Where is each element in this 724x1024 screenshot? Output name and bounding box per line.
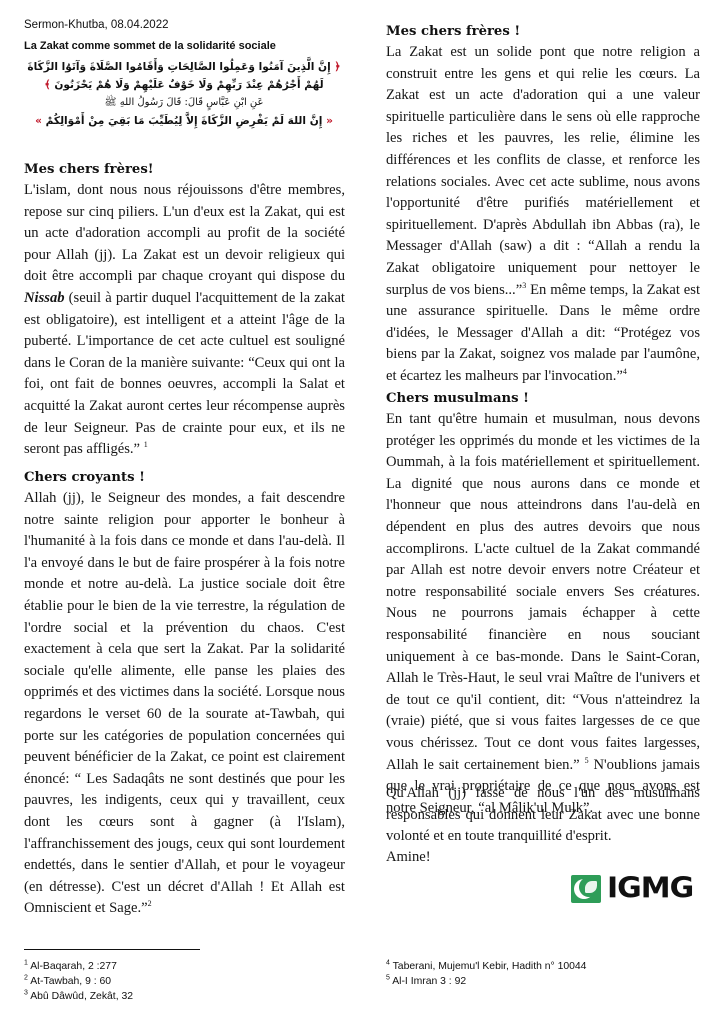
- section-paragraph: Allah (jj), le Seigneur des mondes, a fa…: [24, 488, 345, 920]
- section-paragraph: La Zakat est un solide pont que notre re…: [386, 42, 700, 388]
- closing-amen: Amine!: [386, 847, 700, 869]
- closing-prayer: Qu'Allah (jj) fasse de nous l'un des mus…: [386, 783, 700, 848]
- footnote-ref[interactable]: 1: [144, 440, 148, 449]
- footnote-item: 4 Taberani, Mujemu'l Kebir, Hadith n° 10…: [386, 959, 586, 974]
- crescent-leaf-icon: [571, 875, 601, 903]
- footnote-ref[interactable]: 4: [623, 367, 627, 376]
- nissab-term: Nissab: [24, 290, 65, 306]
- footnotes-left: 1 Al-Baqarah, 2 :277 2 At-Tawbah, 9 : 60…: [24, 959, 133, 1004]
- hadith-line: « إِنَّ اللهَ لَمْ يَفْرِضِ الزَّكَاةَ إ…: [24, 112, 344, 130]
- hadith-close-quote: »: [35, 115, 42, 127]
- verse-line-2: لَهُمْ أَجْرُهُمْ عِنْدَ رَبِّهِمْ وَلَا…: [24, 76, 344, 94]
- footnote-divider: [24, 949, 200, 950]
- hadith-open-quote: «: [326, 115, 333, 127]
- sermon-date: Sermon-Khutba, 08.04.2022: [24, 19, 169, 31]
- section-paragraph: L'islam, dont nous nous réjouissons d'êt…: [24, 180, 345, 461]
- section-heading: Chers croyants !: [24, 470, 145, 485]
- section-paragraph: En tant qu'être humain et musulman, nous…: [386, 409, 700, 819]
- verse-line-1: ﴿ إِنَّ الَّذِينَ آمَنُوا وَعَمِلُوا الص…: [24, 58, 344, 76]
- footnote-item: 2 At-Tawbah, 9 : 60: [24, 974, 133, 989]
- section-heading: Mes chers frères !: [386, 24, 520, 39]
- footnote-ref[interactable]: 2: [148, 899, 152, 908]
- footnotes-right: 4 Taberani, Mujemu'l Kebir, Hadith n° 10…: [386, 959, 586, 989]
- verse-open-bracket: ﴿: [334, 61, 340, 73]
- verse-close-bracket: ﴾: [44, 79, 50, 91]
- footnote-item: 3 Abû Dâwûd, Zekât, 32: [24, 989, 133, 1004]
- sermon-title: La Zakat comme sommet de la solidarité s…: [24, 40, 276, 52]
- igmg-logo: IGMG: [571, 874, 699, 904]
- section-heading: Chers musulmans !: [386, 391, 529, 406]
- hadith-intro: عَنِ ابْنِ عَبَّاسٍ قَالَ: قَالَ رَسُولُ…: [24, 94, 344, 112]
- arabic-quotation: ﴿ إِنَّ الَّذِينَ آمَنُوا وَعَمِلُوا الص…: [24, 58, 344, 130]
- section-heading: Mes chers frères!: [24, 162, 154, 177]
- footnote-item: 1 Al-Baqarah, 2 :277: [24, 959, 133, 974]
- logo-text: IGMG: [607, 875, 693, 904]
- footnote-item: 5 Al-I Imran 3 : 92: [386, 974, 586, 989]
